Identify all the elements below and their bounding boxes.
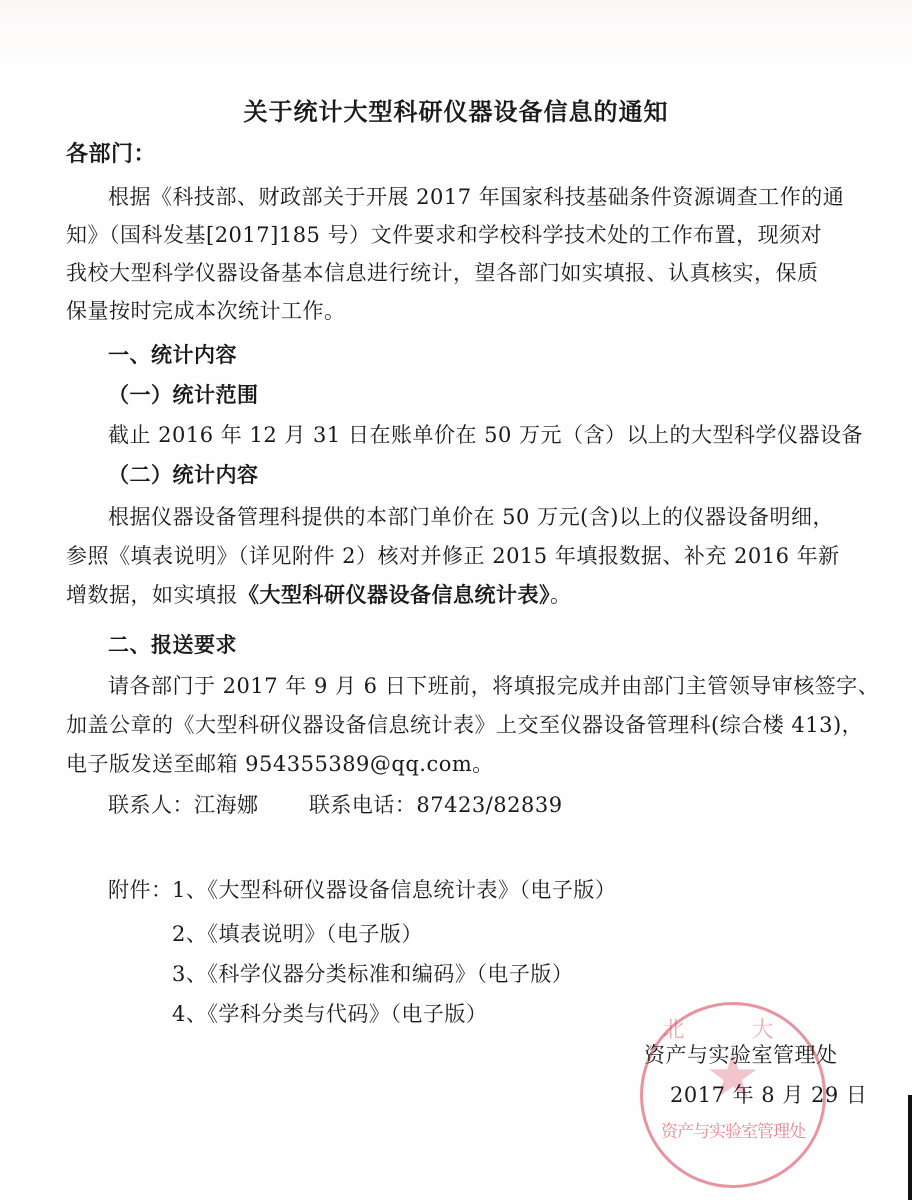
- attachments-label: 附件：: [108, 877, 173, 903]
- document-title: 关于统计大型科研仪器设备信息的通知: [0, 92, 912, 127]
- section2-heading: 二、报送要求: [108, 632, 237, 658]
- intro-line: 我校大型科学仪器设备基本信息进行统计，望各部门如实填报、认真核实，保质: [66, 260, 819, 286]
- contact-person: 江海娜: [194, 793, 259, 817]
- signature-office: 资产与实验室管理处: [644, 1042, 838, 1068]
- form-name-bold: 《大型科研仪器设备信息统计表》: [238, 583, 550, 607]
- contact-phone-label: 联系电话：: [309, 793, 417, 817]
- sub2-line: 根据仪器设备管理科提供的本部门单价在 50 万元(含)以上的仪器设备明细，: [108, 504, 834, 530]
- page-edge-shadow: [908, 1095, 912, 1200]
- attachment-item: 1、《大型科研仪器设备信息统计表》（电子版）: [172, 877, 616, 903]
- contact-phone: 87423/82839: [416, 793, 562, 817]
- intro-line: 保量按时完成本次统计工作。: [66, 298, 346, 324]
- seal-bottom-text: 资产与实验室管理处: [643, 1117, 823, 1142]
- section2-line: 请各部门于 2017 年 9 月 6 日下班前，将填报完成并由部门主管领导审核签…: [108, 673, 879, 699]
- intro-line: 根据《科技部、财政部关于开展 2017 年国家科技基础条件资源调查工作的通: [108, 184, 844, 210]
- attachment-item: 4、《学科分类与代码》（电子版）: [172, 1001, 487, 1027]
- attachment-item: 2、《填表说明》（电子版）: [172, 921, 423, 947]
- sub2-line-end: 。: [550, 583, 572, 607]
- section1-heading: 一、统计内容: [108, 342, 237, 368]
- section2-line: 电子版发送至邮箱 954355389@qq.com。: [66, 751, 494, 777]
- attachment-item: 3、《科学仪器分类标准和编码》（电子版）: [172, 961, 573, 987]
- sub2-line-text: 增数据，如实填报: [66, 583, 238, 607]
- contact-line: 联系人：江海娜 联系电话：87423/82839: [108, 792, 563, 818]
- document-page: 关于统计大型科研仪器设备信息的通知 各部门： 根据《科技部、财政部关于开展 20…: [0, 0, 912, 1200]
- intro-line: 知》（国科发基[2017]185 号）文件要求和学校科学技术处的工作布置，现须对: [66, 222, 822, 248]
- section1-sub1-heading: （一）统计范围: [108, 382, 259, 408]
- signature-date: 2017 年 8 月 29 日: [670, 1082, 867, 1108]
- section2-line: 加盖公章的《大型科研仪器设备信息统计表》上交至仪器设备管理科(综合楼 413)，: [66, 712, 863, 738]
- salutation: 各部门：: [66, 142, 156, 168]
- sub2-line: 参照《填表说明》（详见附件 2）核对并修正 2015 年填报数据、补充 2016…: [66, 543, 840, 569]
- contact-person-label: 联系人：: [108, 793, 194, 817]
- section1-sub2-heading: （二）统计内容: [108, 462, 259, 488]
- section1-sub1-text: 截止 2016 年 12 月 31 日在账单价在 50 万元（含）以上的大型科学…: [108, 422, 863, 448]
- sub2-line: 增数据，如实填报《大型科研仪器设备信息统计表》。: [66, 582, 572, 608]
